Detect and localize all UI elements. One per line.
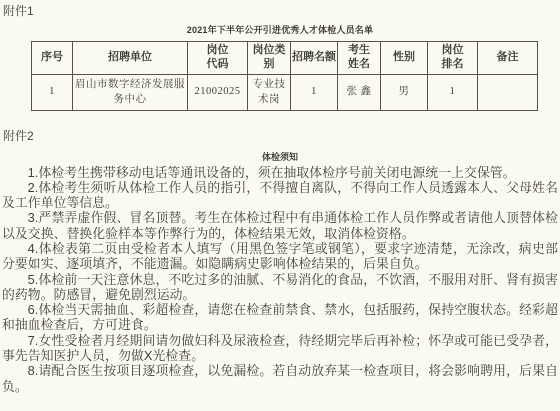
col-header-position-category: 岗位类 别 <box>248 42 291 75</box>
notice-item-6: 6.体检当天需抽血、彩超检查，请您在检查前禁食、禁水，包括服药，保持空腹状态。经… <box>2 302 558 333</box>
cell-position-code: 21002025 <box>188 74 248 110</box>
col-header-position-rank: 岗位 排名 <box>428 42 478 75</box>
notice-item-5: 5.体检前一天注意休息，不吃过多的油腻、不易消化的食品，不饮酒，不服用对肝、肾有… <box>2 272 558 303</box>
attachment-1-label: 附件1 <box>0 0 560 19</box>
notice-item-2: 2.体检考生须听从体检工作人员的指引，不得擅自离队，不得向工作人员透露本人、父母… <box>2 180 558 211</box>
table-row: 1 眉山市数字经济发展服 务中心 21002025 专业技 术岗 1 张 鑫 男… <box>32 74 538 110</box>
notice-title: 体检须知 <box>0 150 560 163</box>
cell-recruiting-unit: 眉山市数字经济发展服 务中心 <box>73 74 188 110</box>
medical-exam-roster-table: 序号 招聘单位 岗位 代码 岗位类 别 招聘名额 考生 姓名 性别 岗位 排名 … <box>31 41 538 111</box>
roster-title: 2021年下半年公开引进优秀人才体检人员名单 <box>0 23 560 36</box>
notice-item-4: 4.体检表第二页由受检者本人填写（用黑色签字笔或钢笔），要求字迹清楚，无涂改，病… <box>2 241 558 272</box>
col-header-candidate-name: 考生 姓名 <box>338 42 381 75</box>
col-header-recruiting-unit: 招聘单位 <box>73 42 188 75</box>
col-header-gender: 性别 <box>381 42 428 75</box>
table-header-row: 序号 招聘单位 岗位 代码 岗位类 别 招聘名额 考生 姓名 性别 岗位 排名 … <box>32 42 538 75</box>
col-header-remarks: 备注 <box>478 42 538 75</box>
notice-item-1: 1.体检考生携带移动电话等通讯设备的，须在抽取体检序号前关闭电源统一上交保管。 <box>2 165 558 180</box>
cell-recruitment-quota: 1 <box>291 74 338 110</box>
col-header-position-code: 岗位 代码 <box>188 42 248 75</box>
col-header-recruitment-quota: 招聘名额 <box>291 42 338 75</box>
notice-item-8: 8.请配合医生按项目逐项检查，以免漏检。若自动放弃某一检查项目，将会影响聘用，后… <box>2 363 558 394</box>
col-header-serial-number: 序号 <box>32 42 73 75</box>
attachment-2-label: 附件2 <box>0 127 560 144</box>
cell-remarks <box>478 74 538 110</box>
cell-position-category: 专业技 术岗 <box>248 74 291 110</box>
notice-item-7: 7.女性受检者月经期间请勿做妇科及尿液检查，待经期完毕后再补检；怀孕或可能已受孕… <box>2 333 558 364</box>
cell-serial-number: 1 <box>32 74 73 110</box>
cell-candidate-name: 张 鑫 <box>338 74 381 110</box>
cell-gender: 男 <box>381 74 428 110</box>
cell-position-rank: 1 <box>428 74 478 110</box>
notice-body: 1.体检考生携带移动电话等通讯设备的，须在抽取体检序号前关闭电源统一上交保管。 … <box>0 165 560 394</box>
notice-item-3: 3.严禁弄虚作假、冒名顶替。考生在体检过程中有串通体检工作人员作弊或者请他人顶替… <box>2 210 558 241</box>
